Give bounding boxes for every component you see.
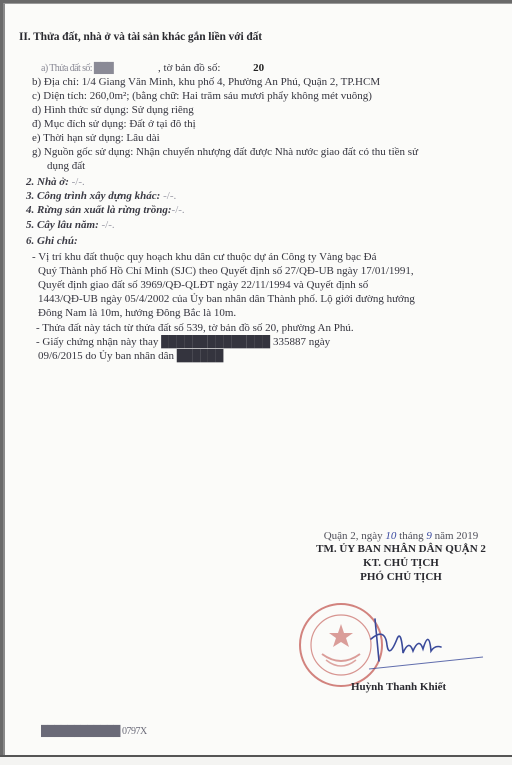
map-sheet-label: , tờ bản đồ số: (158, 62, 220, 74)
signing-date: Quận 2, ngày 10 tháng 9 năm 2019 (291, 530, 511, 542)
parcel-line: a) Thửa đất số: ███ , tờ bản đồ số: 20 (41, 62, 264, 74)
handwritten-signature-icon (365, 609, 485, 679)
issuing-authority: TM. ỦY BAN NHÂN DÂN QUẬN 2 (291, 542, 511, 556)
scan-edge (0, 755, 512, 765)
usage-form-line: d) Hình thức sử dụng: Sử dụng riêng (32, 104, 194, 116)
usage-purpose-line: đ) Mục đích sử dụng: Đất ở tại đô thị (32, 118, 196, 130)
signer-role-1: KT. CHỦ TỊCH (291, 556, 511, 570)
section-housing: 2. Nhà ở: -/-. (26, 176, 85, 188)
certificate-page: II. Thửa đất, nhà ở và tài sản khác gắn … (3, 3, 512, 756)
serial-number-obscured: ████████████ 0797X (41, 726, 147, 737)
usage-term-line: e) Thời hạn sử dụng: Lâu dài (32, 132, 160, 144)
signature-block: Quận 2, ngày 10 tháng 9 năm 2019 TM. ỦY … (291, 530, 511, 584)
area-line: c) Diện tích: 260,0m²; (bằng chữ: Hai tr… (32, 90, 372, 102)
section-perennial-trees: 5. Cây lâu năm: -/-. (26, 219, 115, 231)
signer-name: Huỳnh Thanh Khiết (351, 681, 446, 693)
signer-role-2: PHÓ CHỦ TỊCH (291, 570, 511, 584)
note-line: Quý Thành phố Hồ Chí Minh (SJC) theo Quy… (38, 265, 414, 277)
section-planted-forest: 4. Rừng sản xuất là rừng trồng:-/-. (26, 204, 185, 216)
note-line: - Thửa đất này tách từ thửa đất số 539, … (36, 322, 354, 334)
address-line: b) Địa chỉ: 1/4 Giang Văn Minh, khu phố … (32, 76, 380, 88)
parcel-number-obscured: a) Thửa đất số: ███ (41, 63, 113, 74)
section-other-construction: 3. Công trình xây dựng khác: -/-. (26, 190, 176, 202)
origin-line-2: dụng đất (47, 160, 85, 172)
note-line: - Giấy chứng nhận này thay █████████████… (36, 336, 330, 348)
origin-line-1: g) Nguồn gốc sử dụng: Nhận chuyển nhượng… (32, 146, 418, 158)
note-line: - Vị trí khu đất thuộc quy hoạch khu dân… (32, 251, 377, 263)
map-sheet-value: 20 (253, 62, 264, 74)
section-notes: 6. Ghi chú: (26, 235, 78, 247)
note-line: Đông Nam là 10m, hướng Đông Bắc là 10m. (38, 307, 236, 319)
note-line: Quyết định giao đất số 3969/QĐ-QLĐT ngày… (38, 279, 368, 291)
section-heading: II. Thửa đất, nhà ở và tài sản khác gắn … (19, 31, 262, 43)
note-line: 1443/QĐ-UB ngày 05/4/2002 của Ủy ban nhâ… (38, 293, 415, 305)
note-line: 09/6/2015 do Ủy ban nhân dân ██████ (38, 350, 223, 362)
